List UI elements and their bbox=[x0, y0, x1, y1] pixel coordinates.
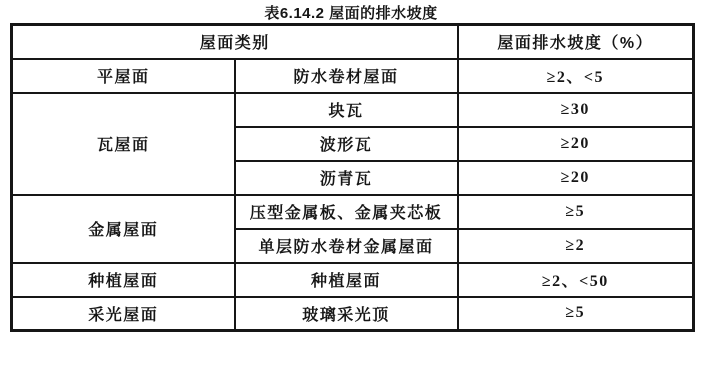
category-cell: 金属屋面 bbox=[12, 195, 235, 263]
table-caption: 表6.14.2 屋面的排水坡度 bbox=[0, 0, 702, 23]
type-cell: 种植屋面 bbox=[235, 263, 458, 297]
type-cell: 块瓦 bbox=[235, 93, 458, 127]
table-row-tile-roof: 瓦屋面 块瓦 ≥30 bbox=[12, 93, 694, 127]
category-cell: 平屋面 bbox=[12, 59, 235, 93]
table-row-metal-roof: 金属屋面 压型金属板、金属夹芯板 ≥5 bbox=[12, 195, 694, 229]
header-drainage-slope: 屋面排水坡度（%） bbox=[458, 25, 694, 59]
slope-cell: ≥2 bbox=[458, 229, 694, 263]
category-cell: 种植屋面 bbox=[12, 263, 235, 297]
slope-cell: ≥20 bbox=[458, 127, 694, 161]
category-cell: 瓦屋面 bbox=[12, 93, 235, 195]
roof-drainage-slope-table: 屋面类别 屋面排水坡度（%） 平屋面 防水卷材屋面 ≥2、<5 瓦屋面 块瓦 ≥… bbox=[10, 23, 695, 332]
category-cell: 采光屋面 bbox=[12, 297, 235, 331]
slope-cell: ≥30 bbox=[458, 93, 694, 127]
table-row-flat-roof: 平屋面 防水卷材屋面 ≥2、<5 bbox=[12, 59, 694, 93]
type-cell: 防水卷材屋面 bbox=[235, 59, 458, 93]
type-cell: 玻璃采光顶 bbox=[235, 297, 458, 331]
header-roof-category: 屋面类别 bbox=[12, 25, 458, 59]
table-row-daylight-roof: 采光屋面 玻璃采光顶 ≥5 bbox=[12, 297, 694, 331]
slope-cell: ≥20 bbox=[458, 161, 694, 195]
table-row-planted-roof: 种植屋面 种植屋面 ≥2、<50 bbox=[12, 263, 694, 297]
slope-cell: ≥2、<5 bbox=[458, 59, 694, 93]
document-page: 表6.14.2 屋面的排水坡度 屋面类别 屋面排水坡度（%） 平屋面 防水卷材屋… bbox=[0, 0, 702, 366]
slope-cell: ≥5 bbox=[458, 195, 694, 229]
type-cell: 压型金属板、金属夹芯板 bbox=[235, 195, 458, 229]
slope-cell: ≥2、<50 bbox=[458, 263, 694, 297]
type-cell: 波形瓦 bbox=[235, 127, 458, 161]
slope-cell: ≥5 bbox=[458, 297, 694, 331]
type-cell: 单层防水卷材金属屋面 bbox=[235, 229, 458, 263]
header-row: 屋面类别 屋面排水坡度（%） bbox=[12, 25, 694, 59]
type-cell: 沥青瓦 bbox=[235, 161, 458, 195]
